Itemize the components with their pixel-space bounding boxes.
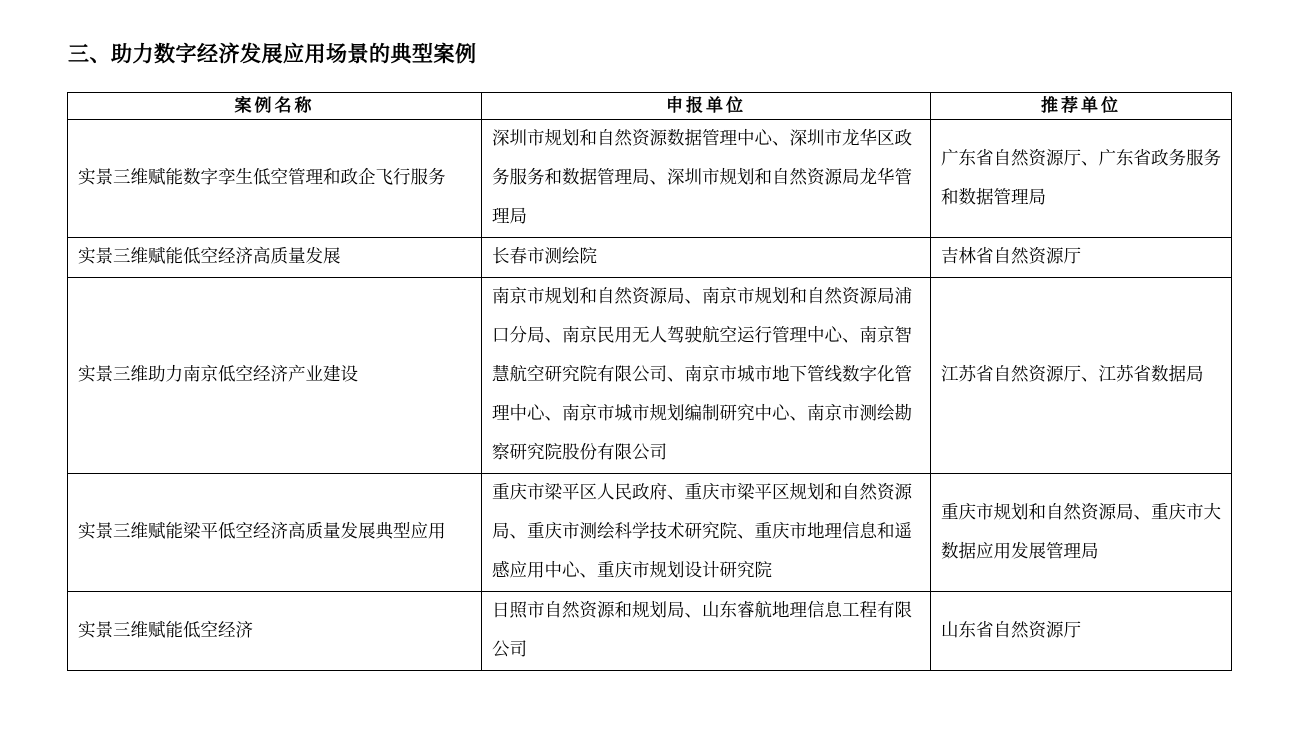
cell-case-name: 实景三维赋能梁平低空经济高质量发展典型应用	[68, 474, 482, 592]
cell-recommender: 重庆市规划和自然资源局、重庆市大数据应用发展管理局	[931, 474, 1232, 592]
cell-case-name: 实景三维赋能低空经济高质量发展	[68, 238, 482, 278]
cell-recommender: 广东省自然资源厅、广东省政务服务和数据管理局	[931, 120, 1232, 238]
cell-applicant: 重庆市梁平区人民政府、重庆市梁平区规划和自然资源局、重庆市测绘科学技术研究院、重…	[482, 474, 931, 592]
cell-case-name: 实景三维赋能低空经济	[68, 592, 482, 671]
header-recommender: 推荐单位	[931, 93, 1232, 120]
cell-applicant: 深圳市规划和自然资源数据管理中心、深圳市龙华区政务服务和数据管理局、深圳市规划和…	[482, 120, 931, 238]
cell-recommender: 山东省自然资源厅	[931, 592, 1232, 671]
typical-cases-table: 案例名称 申报单位 推荐单位 实景三维赋能数字孪生低空管理和政企飞行服务 深圳市…	[67, 92, 1232, 671]
header-case-name: 案例名称	[68, 93, 482, 120]
table-header-row: 案例名称 申报单位 推荐单位	[68, 93, 1232, 120]
cell-case-name: 实景三维助力南京低空经济产业建设	[68, 278, 482, 474]
table-row: 实景三维助力南京低空经济产业建设 南京市规划和自然资源局、南京市规划和自然资源局…	[68, 278, 1232, 474]
cell-applicant: 长春市测绘院	[482, 238, 931, 278]
cell-recommender: 江苏省自然资源厅、江苏省数据局	[931, 278, 1232, 474]
cell-applicant: 日照市自然资源和规划局、山东睿航地理信息工程有限公司	[482, 592, 931, 671]
cell-applicant: 南京市规划和自然资源局、南京市规划和自然资源局浦口分局、南京民用无人驾驶航空运行…	[482, 278, 931, 474]
cell-case-name: 实景三维赋能数字孪生低空管理和政企飞行服务	[68, 120, 482, 238]
cell-recommender: 吉林省自然资源厅	[931, 238, 1232, 278]
section-title: 三、助力数字经济发展应用场景的典型案例	[68, 38, 477, 70]
table-row: 实景三维赋能梁平低空经济高质量发展典型应用 重庆市梁平区人民政府、重庆市梁平区规…	[68, 474, 1232, 592]
table-row: 实景三维赋能低空经济 日照市自然资源和规划局、山东睿航地理信息工程有限公司 山东…	[68, 592, 1232, 671]
header-applicant: 申报单位	[482, 93, 931, 120]
table-row: 实景三维赋能数字孪生低空管理和政企飞行服务 深圳市规划和自然资源数据管理中心、深…	[68, 120, 1232, 238]
table-row: 实景三维赋能低空经济高质量发展 长春市测绘院 吉林省自然资源厅	[68, 238, 1232, 278]
